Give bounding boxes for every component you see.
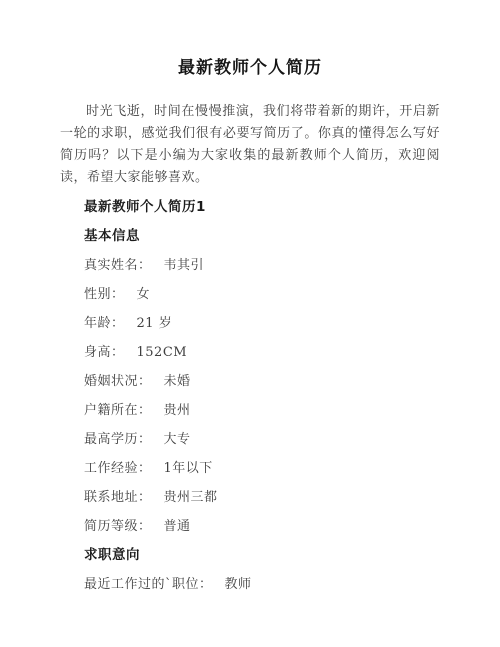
info-row-recent-position: 最近工作过的`职位：教师 xyxy=(60,577,440,592)
field-label: 真实姓名： xyxy=(84,258,152,273)
field-label: 简历等级： xyxy=(84,519,152,534)
field-value: 21 岁 xyxy=(137,316,173,331)
field-label: 身高： xyxy=(84,345,125,360)
info-row-gender: 性别：女 xyxy=(60,287,440,302)
field-value: 贵州三都 xyxy=(164,490,218,505)
resume-subtitle: 最新教师个人简历1 xyxy=(60,200,440,215)
info-row-work-experience: 工作经验：1年以下 xyxy=(60,461,440,476)
section-heading-basic-info: 基本信息 xyxy=(60,229,440,244)
page-title: 最新教师个人简历 xyxy=(60,58,440,78)
info-row-marital-status: 婚姻状况：未婚 xyxy=(60,374,440,389)
field-value: 女 xyxy=(137,287,151,302)
info-row-real-name: 真实姓名：韦其引 xyxy=(60,258,440,273)
field-value: 贵州 xyxy=(164,403,191,418)
field-label: 性别： xyxy=(84,287,125,302)
field-label: 最近工作过的`职位： xyxy=(84,577,213,592)
field-value: 1年以下 xyxy=(164,461,213,476)
field-label: 年龄： xyxy=(84,316,125,331)
field-value: 普通 xyxy=(164,519,191,534)
info-row-height: 身高：152CM xyxy=(60,345,440,360)
info-row-education: 最高学历：大专 xyxy=(60,432,440,447)
field-label: 户籍所在： xyxy=(84,403,152,418)
info-row-resume-level: 简历等级：普通 xyxy=(60,519,440,534)
section-heading-job-intention: 求职意向 xyxy=(60,548,440,563)
field-label: 联系地址： xyxy=(84,490,152,505)
field-label: 最高学历： xyxy=(84,432,152,447)
info-row-household-registration: 户籍所在：贵州 xyxy=(60,403,440,418)
field-value: 大专 xyxy=(164,432,191,447)
field-label: 婚姻状况： xyxy=(84,374,152,389)
field-value: 韦其引 xyxy=(164,258,205,273)
field-value: 未婚 xyxy=(164,374,191,389)
field-label: 工作经验： xyxy=(84,461,152,476)
info-row-contact-address: 联系地址：贵州三都 xyxy=(60,490,440,505)
intro-paragraph: 时光飞逝，时间在慢慢推演，我们将带着新的期许，开启新一轮的求职，感觉我们很有必要… xyxy=(60,101,440,189)
field-value: 教师 xyxy=(225,577,252,592)
document-page: 最新教师个人简历 时光飞逝，时间在慢慢推演，我们将带着新的期许，开启新一轮的求职… xyxy=(0,0,500,647)
info-row-age: 年龄：21 岁 xyxy=(60,316,440,331)
field-value: 152CM xyxy=(137,345,188,360)
